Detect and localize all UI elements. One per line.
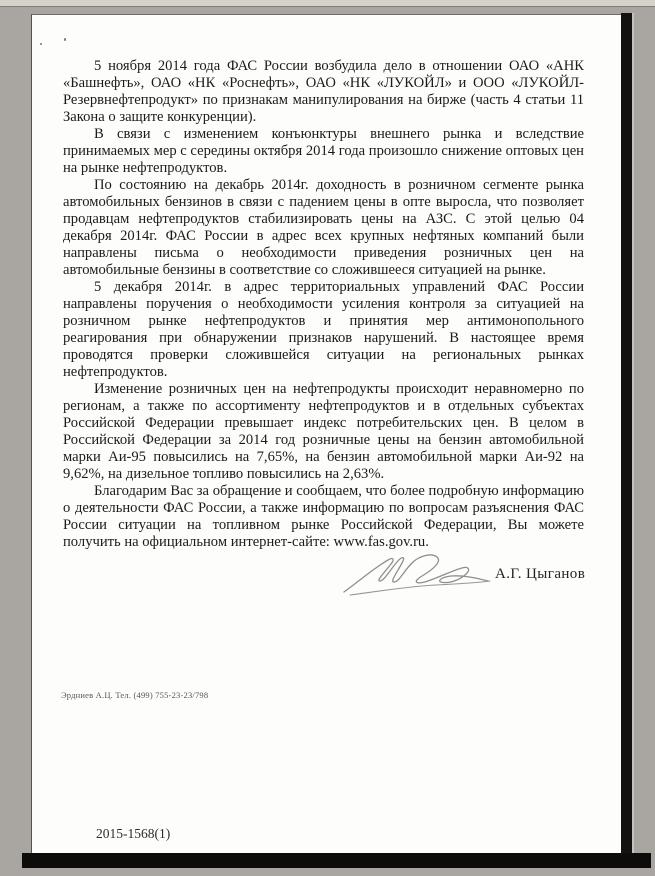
letter-body: 5 ноября 2014 года ФАС России возбудила … [63, 58, 584, 551]
executor-contact-line: Эрдниев А.Ц. Тел. (499) 755-23-23/798 [61, 690, 208, 700]
scanner-top-edge-strip [0, 0, 655, 7]
ink-speck [64, 38, 66, 41]
page-reference-number: 2015-1568(1) [96, 826, 170, 842]
paragraph-market-change: В связи с изменением конъюнктуры внешнег… [63, 126, 584, 177]
signature-scribble [340, 551, 492, 597]
ink-speck [40, 43, 42, 45]
page-bottom-scan-bar [22, 853, 651, 868]
scan-viewport: 5 ноября 2014 года ФАС России возбудила … [0, 0, 655, 876]
paragraph-territorial-orders: 5 декабря 2014г. в адрес территориальных… [63, 279, 584, 381]
paragraph-price-statistics: Изменение розничных цен на нефтепродукты… [63, 381, 584, 483]
paragraph-closing-thanks: Благодарим Вас за обращение и сообщаем, … [63, 483, 584, 551]
paragraph-case-opened: 5 ноября 2014 года ФАС России возбудила … [63, 58, 584, 126]
page-right-scan-shadow [621, 13, 634, 855]
paragraph-december-profitability: По состоянию на декабрь 2014г. доходност… [63, 177, 584, 279]
document-page: 5 ноября 2014 года ФАС России возбудила … [31, 14, 622, 855]
signatory-name: А.Г. Цыганов [495, 566, 585, 583]
